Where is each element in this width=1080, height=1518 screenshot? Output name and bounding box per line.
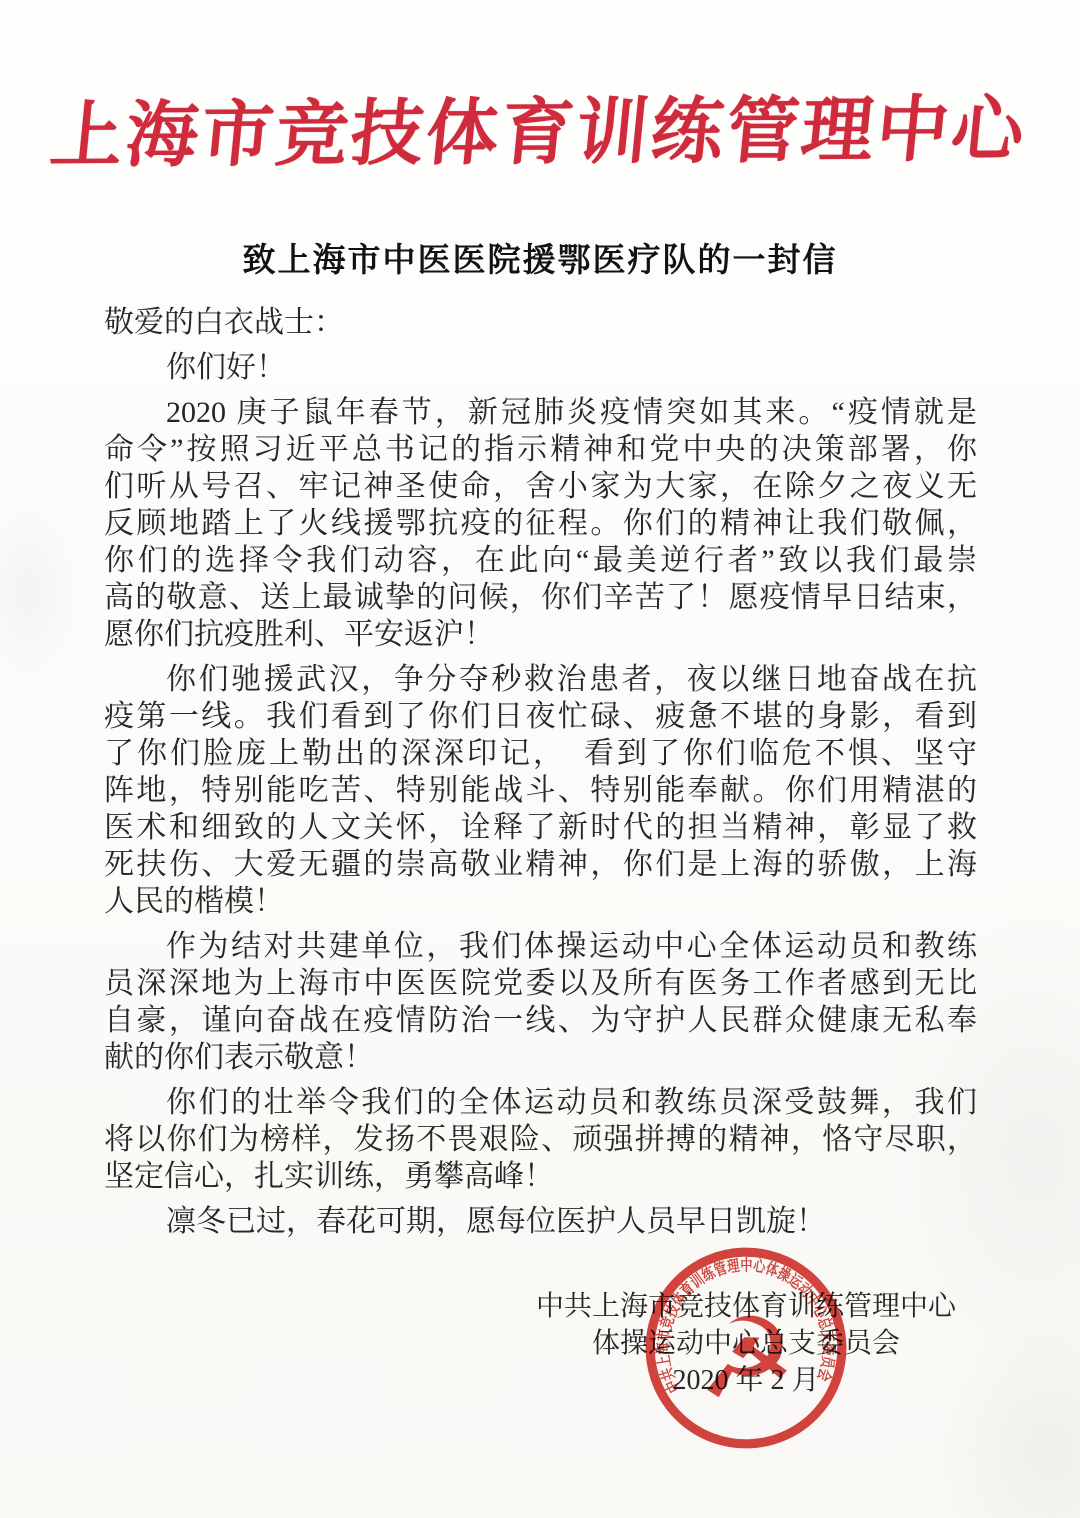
body-line: 医术和细致的人文关怀，诠释了新时代的担当精神，彰显了救 (104, 809, 977, 846)
body-line: 死扶伤、大爱无疆的崇高敬业精神，你们是上海的骄傲，上海 (104, 846, 977, 883)
body-line: 凛冬已过，春花可期，愿每位医护人员早日凯旋！ (104, 1203, 977, 1240)
body-line: 命令”按照习近平总书记的指示精神和党中央的决策部署，你 (104, 431, 977, 468)
body-line: 了你们脸庞上勒出的深深印记， 看到了你们临危不惧、坚守 (104, 735, 977, 772)
paragraph: 你们好！ (104, 349, 977, 386)
body-line: 坚定信心，扎实训练，勇攀高峰！ (104, 1158, 977, 1195)
body-line: 反顾地踏上了火线援鄂抗疫的征程。你们的精神让我们敬佩， (104, 505, 977, 542)
body-line: 你们的选择令我们动容，在此向“最美逆行者”致以我们最崇 (104, 542, 977, 579)
paragraph: 凛冬已过，春花可期，愿每位医护人员早日凯旋！ (104, 1203, 977, 1240)
body-line: 阵地，特别能吃苦、特别能战斗、特别能奉献。你们用精湛的 (104, 772, 977, 809)
body-line: 高的敬意、送上最诚挚的问候，你们辛苦了！愿疫情早日结束， (104, 579, 977, 616)
letter-body: 敬爱的白衣战士： 你们好！ 2020 庚子鼠年春节，新冠肺炎疫情突如其来。“疫情… (104, 304, 977, 1248)
body-line: 将以你们为榜样，发扬不畏艰险、顽强拼搏的精神，恪守尽职， (104, 1121, 977, 1158)
body-line: 你们的壮举令我们的全体运动员和教练员深受鼓舞，我们 (104, 1084, 977, 1121)
body-line: 你们驰援武汉，争分夺秒救治患者，夜以继日地奋战在抗 (104, 661, 977, 698)
body-line: 作为结对共建单位，我们体操运动中心全体运动员和教练 (104, 928, 977, 965)
paragraph: 2020 庚子鼠年春节，新冠肺炎疫情突如其来。“疫情就是 命令”按照习近平总书记… (104, 394, 977, 653)
hammer-sickle-icon: ☭ (695, 1293, 798, 1424)
letter-title: 致上海市中医医院援鄂医疗队的一封信 (0, 234, 1080, 281)
body-line: 人民的楷模！ (104, 883, 977, 920)
body-line: 献的你们表示敬意！ (104, 1039, 977, 1076)
body-line: 自豪，谨向奋战在疫情防治一线、为守护人民群众健康无私奉 (104, 1002, 977, 1039)
letterhead-org-name: 上海市竞技体育训练管理中心 (47, 71, 1033, 182)
body-line: 2020 庚子鼠年春节，新冠肺炎疫情突如其来。“疫情就是 (104, 394, 977, 431)
body-line: 员深深地为上海市中医医院党委以及所有医务工作者感到无比 (104, 965, 977, 1002)
body-line: 们听从号召、牢记神圣使命，舍小家为大家，在除夕之夜义无 (104, 468, 977, 505)
body-line: 疫第一线。我们看到了你们日夜忙碌、疲惫不堪的身影，看到 (104, 698, 977, 735)
salutation: 敬爱的白衣战士： (104, 304, 977, 341)
body-line: 你们好！ (104, 349, 977, 386)
letterhead: 上海市竞技体育训练管理中心 (0, 74, 1080, 178)
letter-page: 上海市竞技体育训练管理中心 致上海市中医医院援鄂医疗队的一封信 敬爱的白衣战士：… (0, 0, 1080, 1518)
official-seal: 中共上海市竞技体育训练管理中心体操运动中心总支委员会 ☭ (638, 1240, 853, 1455)
paragraph: 你们驰援武汉，争分夺秒救治患者，夜以继日地奋战在抗 疫第一线。我们看到了你们日夜… (104, 661, 977, 920)
paragraph: 你们的壮举令我们的全体运动员和教练员深受鼓舞，我们 将以你们为榜样，发扬不畏艰险… (104, 1084, 977, 1195)
body-line: 愿你们抗疫胜利、平安返沪！ (104, 616, 977, 653)
salutation-block: 敬爱的白衣战士： (104, 304, 977, 341)
paragraph: 作为结对共建单位，我们体操运动中心全体运动员和教练 员深深地为上海市中医医院党委… (104, 928, 977, 1076)
